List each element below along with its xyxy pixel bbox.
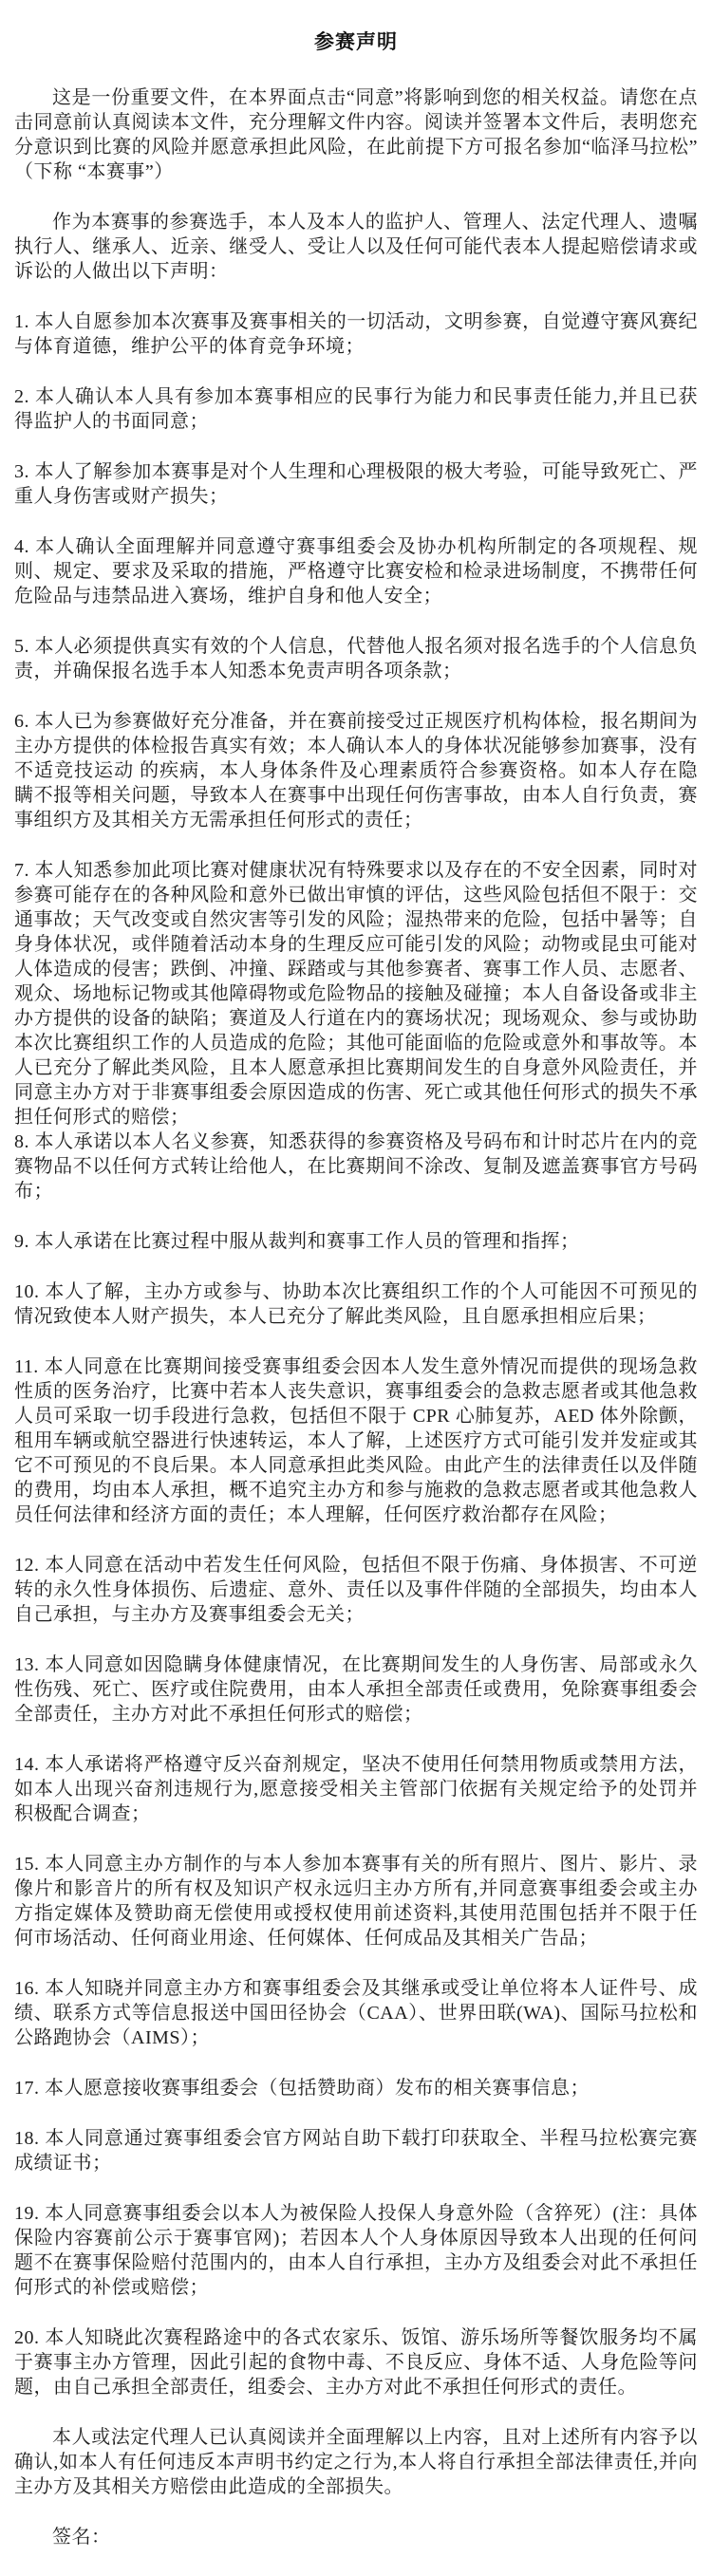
clause-15: 15. 本人同意主办方制作的与本人参加本赛事有关的所有照片、图片、影片、录像片和… <box>14 1852 698 1951</box>
clause-19: 19. 本人同意赛事组委会以本人为被保险人投保人身意外险（含猝死）(注：具体保险… <box>14 2201 698 2300</box>
clause-7: 7. 本人知悉参加此项比赛对健康状况有特殊要求以及存在的不安全因素，同时对参赛可… <box>14 858 698 1129</box>
clause-18: 18. 本人同意通过赛事组委会官方网站自助下载打印获取全、半程马拉松赛完赛成绩证… <box>14 2126 698 2175</box>
clause-20: 20. 本人知晓此次赛程路途中的各式农家乐、饭馆、游乐场所等餐饮服务均不属于赛事… <box>14 2325 698 2399</box>
waiver-document: 参赛声明 这是一份重要文件，在本界面点击“同意”将影响到您的相关权益。请您在点击… <box>0 0 712 2576</box>
clause-12: 12. 本人同意在活动中若发生任何风险，包括但不限于伤痛、身体损害、不可逆转的永… <box>14 1553 698 1627</box>
clause-9: 9. 本人承诺在比赛过程中服从裁判和赛事工作人员的管理和指挥； <box>14 1229 698 1254</box>
signature-label: 签名： <box>14 2525 698 2549</box>
clause-4: 4. 本人确认全面理解并同意遵守赛事组委会及协办机构所制定的各项规程、规则、规定… <box>14 534 698 608</box>
clause-5: 5. 本人必须提供真实有效的个人信息，代替他人报名须对报名选手的个人信息负责，并… <box>14 634 698 683</box>
clause-2: 2. 本人确认本人具有参加本赛事相应的民事行为能力和民事责任能力,并且已获得监护… <box>14 384 698 434</box>
page-title: 参赛声明 <box>14 27 698 55</box>
clause-14: 14. 本人承诺将严格遵守反兴奋剂规定，坚决不使用任何禁用物质或禁用方法，如本人… <box>14 1752 698 1826</box>
clause-13: 13. 本人同意如因隐瞒身体健康情况，在比赛期间发生的人身伤害、局部或永久性伤残… <box>14 1652 698 1727</box>
clause-10: 10. 本人了解，主办方或参与、协助本次比赛组织工作的个人可能因不可预见的情况致… <box>14 1279 698 1329</box>
clause-1: 1. 本人自愿参加本次赛事及赛事相关的一切活动，文明参赛，自觉遵守赛风赛纪与体育… <box>14 309 698 359</box>
clause-8: 8. 本人承诺以本人名义参赛，知悉获得的参赛资格及号码布和计时芯片在内的竞赛物品… <box>14 1129 698 1204</box>
clause-6: 6. 本人已为参赛做好充分准备，并在赛前接受过正规医疗机构体检，报名期间为主办方… <box>14 709 698 832</box>
clause-16: 16. 本人知晓并同意主办方和赛事组委会及其继承或受让单位将本人证件号、成绩、联… <box>14 1976 698 2050</box>
closing-paragraph: 本人或法定代理人已认真阅读并全面理解以上内容，且对上述所有内容予以确认,如本人有… <box>14 2425 698 2499</box>
intro-paragraph: 这是一份重要文件，在本界面点击“同意”将影响到您的相关权益。请您在点击同意前认真… <box>14 85 698 184</box>
clause-3: 3. 本人了解参加本赛事是对个人生理和心理极限的极大考验，可能导致死亡、严重人身… <box>14 459 698 509</box>
clause-11: 11. 本人同意在比赛期间接受赛事组委会因本人发生意外情况而提供的现场急救性质的… <box>14 1354 698 1527</box>
clause-17: 17. 本人愿意接收赛事组委会（包括赞助商）发布的相关赛事信息； <box>14 2076 698 2100</box>
declaration-preamble: 作为本赛事的参赛选手，本人及本人的监护人、管理人、法定代理人、遗嘱执行人、继承人… <box>14 210 698 284</box>
